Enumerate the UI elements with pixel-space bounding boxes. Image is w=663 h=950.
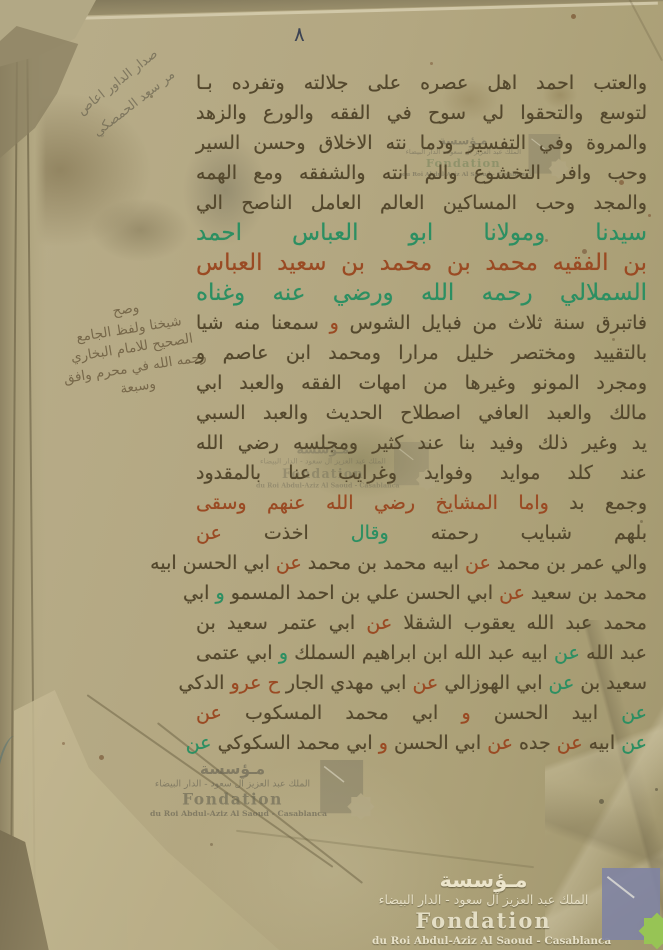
manuscript-segment-red: عن [557, 732, 583, 754]
manuscript-segment-ink: يد وغير ذلك وفيد بنا عند كثير ومجلسه رضي… [196, 432, 647, 454]
manuscript-segment-ink: والعتب احمد اهل عصره على جلالته وتفرده ب… [196, 72, 647, 94]
manuscript-segment-ink: ابي مهدي الجار [286, 672, 407, 694]
manuscript-segment-ink: والي عمر بن محمد [497, 552, 647, 574]
manuscript-segment-ink: مالك والعبد العافي اصطلاح الحديث والعبد … [196, 402, 647, 424]
manuscript-segment-green: وقال [351, 522, 389, 544]
manuscript-line: السملالي رحمه الله ورضي عنه وغناه [196, 278, 647, 308]
watermark-latin-subtitle: du Roi Abdul-Aziz Al Saoud - Casablanca [372, 934, 595, 948]
manuscript-segment-green: عن [554, 642, 580, 664]
manuscript-segment-ink: والمروة وفي التفسير ودما نته الاخلاق وحس… [196, 132, 647, 154]
manuscript-segment-ink: ابي محمد السكوكي [218, 732, 373, 754]
ink-specks [0, 0, 3, 3]
watermark-arabic-title: مـؤسسة [150, 760, 315, 778]
manuscript-segment-ink: ابي الهوزالي [444, 672, 542, 694]
manuscript-line: عن ابيد الحسن و ابي محمد المسكوب عن [196, 698, 647, 728]
manuscript-segment-ink: والمجد وحب المساكين العالم العامل الناصح… [196, 192, 647, 214]
manuscript-segment-green: سيدنا ومولانا ابو العباس احمد [196, 220, 647, 246]
manuscript-line: بالتقييد ومختصر خليل مرارا ومحمد ابن عاص… [196, 338, 647, 368]
manuscript-segment-ink: اخذت [264, 522, 309, 544]
foundation-watermark-bottom-right: مـؤسسة الملك عبد العزيز آل سعود - الدار … [372, 868, 662, 948]
watermark-latin-subtitle: du Roi Abdul-Aziz Al Saoud - Casablanca [150, 809, 315, 819]
manuscript-segment-ink: ابي الحسن علي بن احمد المسمو [231, 582, 493, 604]
manuscript-segment-red: عن [196, 522, 222, 544]
manuscript-segment-ink: ابي [183, 582, 209, 604]
manuscript-line: عند كلد موايد وفوايد وغرايب عنا بالمقدود [196, 458, 647, 488]
manuscript-segment-ink: ابي الحسن ابيه [150, 552, 270, 574]
manuscript-line: والعتب احمد اهل عصره على جلالته وتفرده ب… [196, 68, 647, 98]
manuscript-line: والمروة وفي التفسير ودما نته الاخلاق وحس… [196, 128, 647, 158]
watermark-arabic-subtitle: الملك عبد العزيز آل سعود - الدار البيضاء [372, 892, 595, 908]
manuscript-segment-ink: عند كلد موايد وفوايد وغرايب عنا بالمقدود [196, 462, 647, 484]
manuscript-segment-red: و [461, 702, 470, 724]
manuscript-line: وجمع بد واما المشايخ رضي الله عنهم وسقى [196, 488, 647, 518]
manuscript-line: يد وغير ذلك وفيد بنا عند كثير ومجلسه رضي… [196, 428, 647, 458]
manuscript-segment-red: عن [366, 612, 392, 634]
eight-point-star-icon [351, 797, 370, 816]
manuscript-segment-ink: جده [519, 732, 551, 754]
watermark-text: مـؤسسة الملك عبد العزيز آل سعود - الدار … [150, 760, 315, 819]
manuscript-segment-ink: بلهم شبايب رحمته [431, 522, 647, 544]
manuscript-line: مالك والعبد العافي اصطلاح الحديث والعبد … [196, 398, 647, 428]
manuscript-segment-ink: وحب وافر التخشوع والم انته والشفقه ومع ا… [196, 162, 647, 184]
manuscript-segment-green: و [215, 582, 224, 604]
manuscript-segment-red: عن [196, 702, 222, 724]
manuscript-segment-ink: محمد بن سعيد [531, 582, 647, 604]
manuscript-line: والي عمر بن محمد عن ابيه محمد بن محمد عن… [196, 548, 647, 578]
manuscript-segment-green: عن [621, 732, 647, 754]
manuscript-segment-ink: ابيه محمد بن محمد [308, 552, 459, 574]
manuscript-segment-red: و [330, 312, 339, 334]
watermark-text: مـؤسسة الملك عبد العزيز آل سعود - الدار … [372, 868, 595, 948]
foundation-logo-square [602, 868, 660, 940]
manuscript-segment-green: عن [549, 672, 575, 694]
manuscript-segment-green: عن [186, 732, 212, 754]
manuscript-segment-green: و [279, 642, 288, 664]
manuscript-segment-ink: فاتبرق سنة ثلاث من فبايل الشوس [350, 312, 647, 334]
watermark-latin-title: Fondation [150, 790, 315, 809]
manuscript-segment-red: و [379, 732, 388, 754]
watermark-arabic-title: مـؤسسة [372, 868, 595, 892]
manuscript-segment-red: عن [465, 552, 491, 574]
manuscript-segment-red: ح عرو [231, 672, 280, 694]
manuscript-segment-ink: عبد الله [586, 642, 647, 664]
manuscript-segment-ink: الدكي [179, 672, 225, 694]
main-text-block: والعتب احمد اهل عصره على جلالته وتفرده ب… [196, 68, 647, 758]
manuscript-segment-ink: سعيد بن [580, 672, 647, 694]
manuscript-segment-ink: سمعنا منه شيا [196, 312, 319, 334]
manuscript-segment-ink: ابيه [589, 732, 616, 754]
manuscript-line: سيدنا ومولانا ابو العباس احمد [196, 218, 647, 248]
manuscript-segment-green: عن [621, 702, 647, 724]
manuscript-line: بلهم شبايب رحمته وقال اخذت عن [196, 518, 647, 548]
manuscript-segment-red: عن [412, 672, 438, 694]
manuscript-segment-red: عن [499, 582, 525, 604]
manuscript-segment-red: بن الفقيه محمد بن محمد بن سعيد العباس [196, 250, 647, 276]
eight-point-star-icon [644, 918, 663, 944]
manuscript-segment-ink: ابي محمد المسكوب [245, 702, 438, 724]
manuscript-segment-ink: ابي الحسن [394, 732, 481, 754]
manuscript-segment-red: عن [276, 552, 302, 574]
manuscript-segment-ink: ابيه عبد الله ابن ابراهيم السملك [294, 642, 547, 664]
manuscript-segment-ink: محمد عبد الله يعقوب الشقلا [403, 612, 647, 634]
manuscript-page: ٨ صدار الداور اعاصمر سعد الحمصكي وصحشيخن… [0, 0, 663, 950]
manuscript-segment-ink: لتوسع والتحقوا لي سوح في الفقه والورع وا… [196, 102, 647, 124]
manuscript-line: محمد عبد الله يعقوب الشقلا عن ابي عتمر س… [196, 608, 647, 638]
manuscript-line: فاتبرق سنة ثلاث من فبايل الشوس و سمعنا م… [196, 308, 647, 338]
manuscript-line: عن ابيه عن جده عن ابي الحسن و ابي محمد ا… [196, 728, 647, 758]
watermark-arabic-subtitle: الملك عبد العزيز آل سعود - الدار البيضاء [150, 778, 315, 790]
manuscript-segment-ink: ابيد الحسن [494, 702, 598, 724]
foundation-watermark-bottom-left: مـؤسسة الملك عبد العزيز آل سعود - الدار … [150, 760, 365, 819]
manuscript-segment-red: واما المشايخ رضي الله عنهم وسقى [196, 492, 549, 514]
manuscript-segment-ink: ابي عتمى [196, 642, 273, 664]
watermark-latin-title: Fondation [372, 908, 595, 934]
manuscript-line: والمجد وحب المساكين العالم العامل الناصح… [196, 188, 647, 218]
manuscript-segment-ink: ابي عتمر سعيد بن [196, 612, 355, 634]
manuscript-segment-green: السملالي رحمه الله ورضي عنه وغناه [196, 280, 647, 306]
manuscript-line: عبد الله عن ابيه عبد الله ابن ابراهيم ال… [196, 638, 647, 668]
manuscript-segment-ink: ومجرد المونو وغيرها من امهات الفقه والعب… [196, 372, 647, 394]
manuscript-segment-ink: بالتقييد ومختصر خليل مرارا ومحمد ابن عاص… [196, 342, 647, 364]
manuscript-line: وحب وافر التخشوع والم انته والشفقه ومع ا… [196, 158, 647, 188]
manuscript-line: ومجرد المونو وغيرها من امهات الفقه والعب… [196, 368, 647, 398]
manuscript-line: سعيد بن عن ابي الهوزالي عن ابي مهدي الجا… [196, 668, 647, 698]
manuscript-line: محمد بن سعيد عن ابي الحسن علي بن احمد ال… [196, 578, 647, 608]
manuscript-segment-ink: وجمع بد [569, 492, 647, 514]
manuscript-line: بن الفقيه محمد بن محمد بن سعيد العباس [196, 248, 647, 278]
manuscript-line: لتوسع والتحقوا لي سوح في الفقه والورع وا… [196, 98, 647, 128]
manuscript-segment-red: عن [487, 732, 513, 754]
foundation-logo-square [320, 760, 363, 813]
folio-number: ٨ [294, 22, 305, 46]
